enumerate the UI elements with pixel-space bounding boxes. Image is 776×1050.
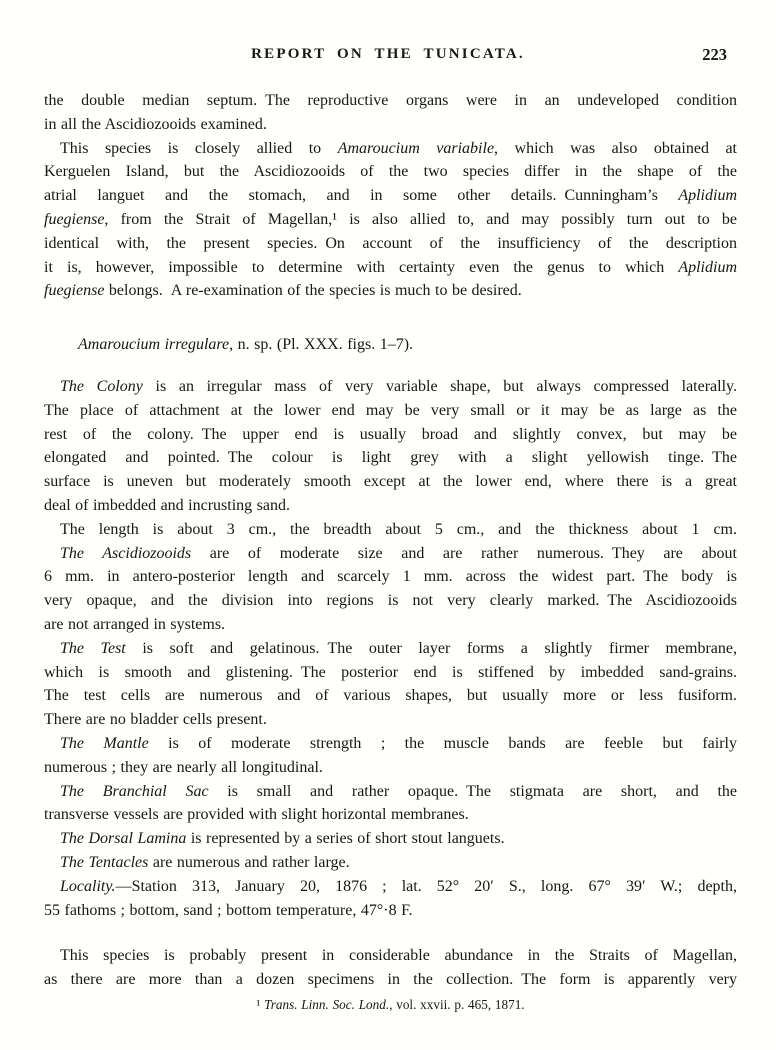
- paragraph-allied-species: This species is closely allied to Amarou…: [44, 137, 737, 304]
- paragraph-mantle: The Mantle is of moderate strength ; the…: [44, 732, 737, 780]
- paragraph-colony-line: elongated and pointed. The colour is lig…: [44, 446, 737, 470]
- paragraph-allied-species-line: identical with, the present species. On …: [44, 232, 737, 256]
- paragraph-dorsal-lamina: The Dorsal Lamina is represented by a se…: [44, 827, 737, 851]
- paragraph-dimensions-line: The length is about 3 cm., the breadth a…: [44, 518, 737, 542]
- paragraph-dimensions: The length is about 3 cm., the breadth a…: [44, 518, 737, 542]
- paragraph-test-line: There are no bladder cells present.: [44, 708, 737, 732]
- paragraph-allied-species-line: Kerguelen Island, but the Ascidiozooids …: [44, 160, 737, 184]
- paragraph-ascidiozooids: The Ascidiozooids are of moderate size a…: [44, 542, 737, 637]
- paragraph-ascidiozooids-line: The Ascidiozooids are of moderate size a…: [44, 542, 737, 566]
- paragraph-mantle-line: The Mantle is of moderate strength ; the…: [44, 732, 737, 756]
- text-column: the double median septum. The reproducti…: [44, 89, 737, 1014]
- footnote-line: ¹ Trans. Linn. Soc. Lond., vol. xxvii. p…: [44, 996, 737, 1014]
- species-heading-line: Amaroucium irregulare, n. sp. (Pl. XXX. …: [78, 333, 737, 357]
- paragraph-colony-line: The Colony is an irregular mass of very …: [44, 375, 737, 399]
- paragraph-colony: The Colony is an irregular mass of very …: [44, 375, 737, 518]
- paragraph-dorsal-lamina-line: The Dorsal Lamina is represented by a se…: [44, 827, 737, 851]
- paragraph-test-line: The Test is soft and gelatinous. The out…: [44, 637, 737, 661]
- paragraph-abundance-line: as there are more than a dozen specimens…: [44, 968, 737, 992]
- paragraph-allied-species-line: atrial languet and the stomach, and in s…: [44, 184, 737, 208]
- paragraph-tentacles-line: The Tentacles are numerous and rather la…: [44, 851, 737, 875]
- paragraph-continuation: the double median septum. The reproducti…: [44, 89, 737, 137]
- page-header: REPORT ON THE TUNICATA. 223: [0, 46, 776, 66]
- paragraph-test-line: The test cells are numerous and of vario…: [44, 684, 737, 708]
- paragraph-colony-line: The place of attachment at the lower end…: [44, 399, 737, 423]
- paragraph-branchial-sac: The Branchial Sac is small and rather op…: [44, 780, 737, 828]
- paragraph-ascidiozooids-line: 6 mm. in antero-posterior length and sca…: [44, 565, 737, 589]
- page-number: 223: [702, 45, 727, 65]
- running-title: REPORT ON THE TUNICATA.: [0, 46, 776, 63]
- paragraph-allied-species-line: This species is closely allied to Amarou…: [44, 137, 737, 161]
- paragraph-abundance-line: This species is probably present in cons…: [44, 944, 737, 968]
- paragraph-allied-species-line: it is, however, impossible to determine …: [44, 256, 737, 280]
- paragraph-locality: Locality.—Station 313, January 20, 1876 …: [44, 875, 737, 923]
- paragraph-tentacles: The Tentacles are numerous and rather la…: [44, 851, 737, 875]
- paragraph-test-line: which is smooth and glistening. The post…: [44, 661, 737, 685]
- paragraph-allied-species-line: fuegiense, from the Strait of Magellan,¹…: [44, 208, 737, 232]
- paragraph-colony-line: deal of imbedded and incrusting sand.: [44, 494, 737, 518]
- scanned-book-page: REPORT ON THE TUNICATA. 223 the double m…: [0, 0, 776, 1050]
- paragraph-branchial-sac-line: transverse vessels are provided with sli…: [44, 803, 737, 827]
- paragraph-allied-species-line: fuegiense belongs. A re-examination of t…: [44, 279, 737, 303]
- paragraph-locality-line: 55 fathoms ; bottom, sand ; bottom tempe…: [44, 899, 737, 923]
- paragraph-abundance: This species is probably present in cons…: [44, 944, 737, 992]
- footnote: ¹ Trans. Linn. Soc. Lond., vol. xxvii. p…: [44, 996, 737, 1014]
- paragraph-branchial-sac-line: The Branchial Sac is small and rather op…: [44, 780, 737, 804]
- paragraph-test: The Test is soft and gelatinous. The out…: [44, 637, 737, 732]
- species-heading: Amaroucium irregulare, n. sp. (Pl. XXX. …: [44, 333, 737, 357]
- paragraph-locality-line: Locality.—Station 313, January 20, 1876 …: [44, 875, 737, 899]
- paragraph-colony-line: surface is uneven but moderately smooth …: [44, 470, 737, 494]
- paragraph-mantle-line: numerous ; they are nearly all longitudi…: [44, 756, 737, 780]
- paragraph-continuation-line: in all the Ascidiozooids examined.: [44, 113, 737, 137]
- paragraph-colony-line: rest of the colony. The upper end is usu…: [44, 423, 737, 447]
- paragraph-ascidiozooids-line: are not arranged in systems.: [44, 613, 737, 637]
- paragraph-ascidiozooids-line: very opaque, and the division into regio…: [44, 589, 737, 613]
- paragraph-continuation-line: the double median septum. The reproducti…: [44, 89, 737, 113]
